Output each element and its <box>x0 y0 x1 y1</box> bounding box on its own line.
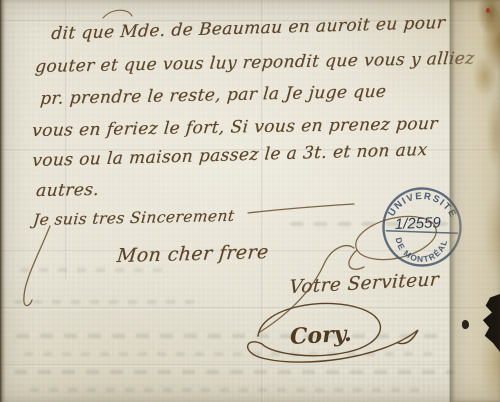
bleedthrough-line <box>30 388 430 392</box>
stamp-number: 1/2559 <box>395 214 442 233</box>
bleedthrough-line <box>20 268 170 272</box>
signature-flourish: Cory. <box>228 292 428 372</box>
manuscript-line-5: vous ou la maison passez le a 3t. et non… <box>31 140 428 171</box>
bleedthrough-line <box>14 300 204 304</box>
scanned-letter-page: dit que Mde. de Beaumau en auroit eu pou… <box>0 0 500 402</box>
closing-sincerely: Je suis tres Sincerement <box>32 207 235 229</box>
manuscript-line-6: autres. <box>35 180 100 201</box>
manuscript-line-3: pr. prendre le reste, par la Je juge que <box>39 82 387 109</box>
ink-dot <box>462 320 469 329</box>
closing-brother: Mon cher frere <box>116 241 270 267</box>
manuscript-line-4: vous en feriez le fort, Si vous en prene… <box>31 114 438 141</box>
red-speck <box>486 8 490 13</box>
signature: Cory. <box>289 321 352 350</box>
manuscript-line-2: gouter et que vous luy repondit que vous… <box>34 49 475 77</box>
manuscript-line-1: dit que Mde. de Beaumau en auroit eu pou… <box>50 13 446 44</box>
paper-left-edge-shadow <box>0 0 7 402</box>
